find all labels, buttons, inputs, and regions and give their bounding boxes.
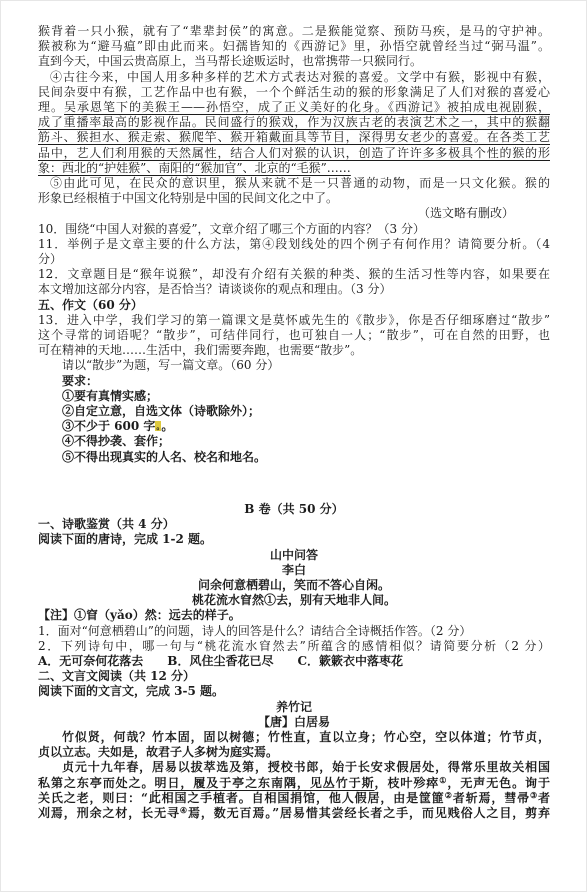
text-segment: 这个寻常的词语呢？“散步”，可结伴同行，也可独自一人；“散步”，可在自然的田野，… [38,328,550,342]
text-segment: 可在精神的天地……生活中，我们需要奔跑，也需要“散步”。 [38,343,362,357]
text-segment: 猴背着一只小猴，就有了“辈辈封侯”的寓意。二是猴能觉察、预防马疾，是马的守护神。 [38,24,550,38]
text-line: 猴背着一只小猴，就有了“辈辈封侯”的寓意。二是猴能觉察、预防马疾，是马的守护神。 [38,24,550,39]
text-line: 阅读下面的文言文，完成 3-5 题。 [38,684,550,699]
text-segment: 山中问答 [270,548,318,562]
underlined-text: 筋斗、猴担水、猴走索、猴爬竿、猴开箱戴面具等节目，深得男女老少的喜爱。在各类工艺 [38,130,550,144]
text-segment: 【注】①窅（yǎo）然：远去的样子。 [38,608,241,622]
text-segment: 贞以立志。夫如是，故君子人多树为庭实焉。 [38,745,278,759]
text-segment: 关氏之老，则曰：“此相国之手植者。自相国捐馆，他人假居，由是筐篚 [38,791,445,805]
text-line: 山中问答 [38,548,550,563]
text-segment: ③不少于 600 字 [62,419,155,433]
text-line: ⑤由此可见，在民众的意识里，猴从来就不是一只普通的动物，而是一只文化猴。猴的 [38,176,550,191]
text-line: ①要有真情实感； [38,389,550,404]
underlined-text: 吴承恩笔下的美猴王——孙悟空，成了正义美好的化身。《西游记》被拍成电视剧猴， [64,100,550,114]
text-segment: 形象已经根植于中国文化特别是中国的民间文化之中了。 [38,191,338,205]
text-segment: 猴被称为“避马瘟”即由此而来。妇孺皆知的《西游记》里，孙悟空就曾经当过“弼马温”… [38,39,550,53]
text-segment: 桃花流水窅然①去，别有天地非人间。 [192,593,396,607]
text-segment: 请以“散步”为题，写一篇文章。（60 分） [62,358,279,372]
text-line: 象：西北的“护娃猴”、南阳的“猴加官”、北京的“毛猴”…… [38,161,550,176]
text-segment: 刈焉，刑余之材，长无寻 [38,806,180,820]
text-line: 11．举例子是文章主要的什么方法，第④段划线处的四个例子有何作用？请简要分析。（… [38,237,550,252]
text-segment: 要求： [62,374,98,388]
text-line: 12．文章题目是“猴年说猴”，却没有介绍有关猴的种类、猴的生活习性等内容，如果要… [38,267,550,282]
underlined-text: 成了重播率最高的影视作品。民间盛行的猴戏，作为汉族古老的表演艺术之一，其中的猴翻 [38,115,550,129]
text-line: ②自定立意，自选文体（诗歌除外）； [38,404,550,419]
text-segment: 12．文章题目是“猴年说猴”，却没有介绍有关猴的种类、猴的生活习性等内容，如果要… [38,267,550,281]
underlined-text: 明日，履及于亭之东南隅，见丛竹于斯 [155,776,375,790]
text-line: B 卷（共 50 分） [38,502,550,517]
text-line: 私第之东亭而处之。明日，履及于亭之东南隅，见丛竹于斯，枝叶殄瘁①，无声无色。询于 [38,776,550,791]
text-segment: ⑤由此可见，在民众的意识里，猴从来就不是一只普通的动物，而是一只文化猴。猴的 [50,176,550,190]
text-segment: 一、诗歌鉴赏（共 4 分） [38,517,175,531]
text-line: 养竹记 [38,700,550,715]
text-segment: 二、文言文阅读（共 12 分） [38,669,195,683]
text-segment: 李白 [282,563,306,577]
text-line: 成了重播率最高的影视作品。民间盛行的猴戏，作为汉族古老的表演艺术之一，其中的猴翻 [38,115,550,130]
text-line: 本文增加这部分内容，是否恰当？请谈谈你的观点和理由。（3 分） [38,282,550,297]
text-line: 竹似贤，何哉？竹本固，固以树德；竹性直，直以立身；竹心空，空以体道；竹节贞， [38,730,550,745]
text-line: 理。吴承恩笔下的美猴王——孙悟空，成了正义美好的化身。《西游记》被拍成电视剧猴， [38,100,550,115]
text-segment: 民间杂耍中有猴，工艺作品中也有猴，一个个鲜活生动的猴的形象满足了人们对猴的喜爱心 [38,85,550,99]
text-line: 1．面对“何意栖碧山”的问题，诗人的回答是什么？请结合全诗概括作答。（2 分） [38,624,550,639]
text-line: ⑤不得出现真实的人名、校名和地名。 [38,450,550,465]
text-line: 筋斗、猴担水、猴走索、猴爬竿、猴开箱戴面具等节目，深得男女老少的喜爱。在各类工艺 [38,130,550,145]
text-line: 这个寻常的词语呢？“散步”，可结伴同行，也可独自一人；“散步”，可在自然的田野，… [38,328,550,343]
text-segment: ①要有真情实感； [62,389,158,403]
text-line: ③不少于 600 字。。 [38,419,550,434]
text-segment: 1．面对“何意栖碧山”的问题，诗人的回答是什么？请结合全诗概括作答。（2 分） [38,624,471,638]
text-line: 【唐】白居易 [38,715,550,730]
text-segment: 【唐】白居易 [258,715,330,729]
text-line: 猴被称为“避马瘟”即由此而来。妇孺皆知的《西游记》里，孙悟空就曾经当过“弼马温”… [38,39,550,54]
text-line: 问余何意栖碧山，笑而不答心自闲。 [38,578,550,593]
document-body: 猴背着一只小猴，就有了“辈辈封侯”的寓意。二是猴能觉察、预防马疾，是马的守护神。… [38,24,550,821]
text-segment: 阅读下面的文言文，完成 3-5 题。 [38,684,224,698]
text-line: ④古往今来，中国人用多种多样的艺术方式表达对猴的喜爱。文学中有猴，影视中有猴， [38,70,550,85]
text-line: 形象已经根植于中国文化特别是中国的民间文化之中了。 [38,191,550,206]
text-line: 【注】①窅（yǎo）然：远去的样子。 [38,608,550,623]
text-segment: 者斩焉，彗帚 [453,791,530,805]
text-segment: 11．举例子是文章主要的什么方法，第④段划线处的四个例子有何作用？请简要分析。（… [38,237,550,251]
text-line: ④不得抄袭、套作； [38,434,550,449]
text-line: 10．围绕“中国人对猴的喜爱”，文章介绍了哪三个方面的内容？（3 分） [38,222,550,237]
text-segment: ②自定立意，自选文体（诗歌除外）； [62,404,260,418]
text-line: 刈焉，刑余之材，长无寻④焉，数无百焉。”居易惜其尝经长者之手，而见贱俗人之目，剪… [38,806,550,821]
text-segment: A．无可奈何花落去 B．风住尘香花已尽 C．簌簌衣中落枣花 [38,654,403,668]
text-segment: ，枝叶殄瘁 [375,776,440,790]
text-line: 请以“散步”为题，写一篇文章。（60 分） [38,358,550,373]
text-line: 品中，艺人们利用猴的天然属性，结合人们对猴的认识，创造了许许多多极具个性的猴的形 [38,146,550,161]
text-segment: 问余何意栖碧山，笑而不答心自闲。 [198,578,390,592]
text-line: 贞元十九年春，居易以拔萃选及第，授校书郎，始于长安求假居处，得常乐里故关相国 [38,760,550,775]
text-line: 桃花流水窅然①去，别有天地非人间。 [38,593,550,608]
note-reference: ④ [180,805,188,815]
text-segment: ⑤不得出现真实的人名、校名和地名。 [62,450,266,464]
text-line: 要求： [38,374,550,389]
text-line: 李白 [38,563,550,578]
text-segment: 私第之东亭而处之。 [38,776,155,790]
underlined-text: 品中，艺人们利用猴的天然属性，结合人们对猴的认识，创造了许许多多极具个性的猴的形 [38,146,550,160]
text-segment: 本文增加这部分内容，是否恰当？请谈谈你的观点和理由。（3 分） [38,282,391,296]
note-reference: ③ [530,790,538,800]
text-segment: 直到今天，中国云贵高原上，当马帮长途贩运时，也常携带一只猴同行。 [38,54,422,68]
text-segment: B 卷（共 50 分） [244,502,343,516]
text-segment: ④不得抄袭、套作； [62,434,170,448]
text-segment: 13．进入中学，我们学习的第一篇课文是莫怀戚先生的《散步》，你是否仔细琢磨过“散… [38,313,550,327]
text-segment: 分） [38,252,62,266]
text-line: 分） [38,252,550,267]
note-reference: ② [445,790,453,800]
text-segment: ④古往今来，中国人用多种多样的艺术方式表达对猴的喜爱。文学中有猴，影视中有猴， [50,70,550,84]
text-segment: 。 [161,419,173,433]
text-segment: 10．围绕“中国人对猴的喜爱”，文章介绍了哪三个方面的内容？（3 分） [38,222,425,236]
text-line: 阅读下面的唐诗，完成 1-2 题。 [38,532,550,547]
text-segment: 2．下列诗句中，哪一句与“桃花流水窅然去”所蕴含的感情相似？请简要分析（2 分） [38,639,550,653]
text-segment: 贞元十九年春，居易以拔萃选及第，授校书郎，始于长安求假居处，得常乐里故关相国 [62,760,550,774]
text-segment: ，无声无色。询于 [447,776,550,790]
text-line: 贞以立志。夫如是，故君子人多树为庭实焉。 [38,745,550,760]
text-segment: 阅读下面的唐诗，完成 1-2 题。 [38,532,212,546]
text-line: 一、诗歌鉴赏（共 4 分） [38,517,550,532]
exam-page: 猴背着一只小猴，就有了“辈辈封侯”的寓意。二是猴能觉察、预防马疾，是马的守护神。… [0,0,587,892]
text-line: A．无可奈何花落去 B．风住尘香花已尽 C．簌簌衣中落枣花 [38,654,550,669]
text-segment: 五、作文（60 分） [38,298,143,312]
text-line: 2．下列诗句中，哪一句与“桃花流水窅然去”所蕴含的感情相似？请简要分析（2 分） [38,639,550,654]
text-line: 13．进入中学，我们学习的第一篇课文是莫怀戚先生的《散步》，你是否仔细琢磨过“散… [38,313,550,328]
text-segment: 竹似贤，何哉？竹本固，固以树德；竹性直，直以立身；竹心空，空以体道；竹节贞， [62,730,550,744]
text-line: （选文略有删改） [38,206,550,221]
underlined-text: 象：西北的“护娃猴”、南阳的“猴加官”、北京的“毛猴”…… [38,161,351,175]
text-line: 二、文言文阅读（共 12 分） [38,669,550,684]
text-segment: 者 [538,791,550,805]
text-segment: 焉，数无百焉。”居易惜其尝经长者之手，而见贱俗人之目，剪弃 [188,806,550,820]
text-line: 可在精神的天地……生活中，我们需要奔跑，也需要“散步”。 [38,343,550,358]
text-segment: 养竹记 [276,700,312,714]
text-line: 关氏之老，则曰：“此相国之手植者。自相国捐馆，他人假居，由是筐篚②者斩焉，彗帚③… [38,791,550,806]
text-segment: （选文略有删改） [418,206,514,220]
text-line: 民间杂耍中有猴，工艺作品中也有猴，一个个鲜活生动的猴的形象满足了人们对猴的喜爱心 [38,85,550,100]
text-segment: 理。 [38,100,64,114]
text-line: 直到今天，中国云贵高原上，当马帮长途贩运时，也常携带一只猴同行。 [38,54,550,69]
text-line: 五、作文（60 分） [38,298,550,313]
